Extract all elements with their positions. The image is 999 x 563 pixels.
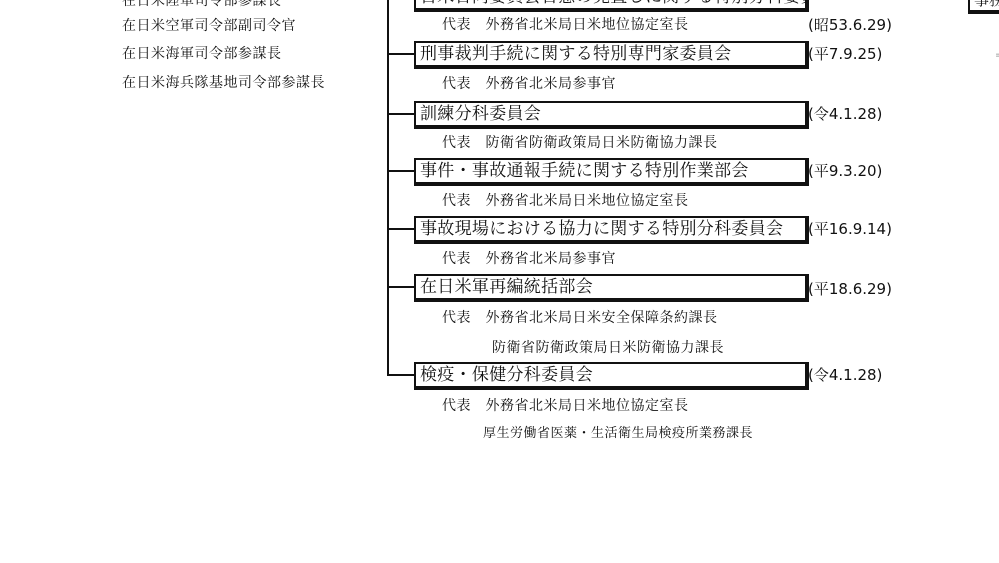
committee-rep: 厚生労働省医薬・生活衛生局検疫所業務課長 bbox=[483, 425, 753, 443]
committee-rep: 代表 防衛省防衛政策局日米防衛協力課長 bbox=[442, 134, 718, 152]
committee-box-realignment: 在日米軍再編統括部会 bbox=[414, 274, 809, 302]
committee-rep: 代表 外務省北米局日米地位協定室長 bbox=[442, 16, 689, 34]
committee-name: 在日米軍再編統括部会 bbox=[420, 277, 593, 297]
branch-line bbox=[387, 374, 417, 376]
committee-name: 検疫・保健分科委員会 bbox=[420, 365, 593, 385]
committee-date: (平18.6.29) bbox=[808, 279, 892, 299]
committee-rep: 代表 外務省北米局参事官 bbox=[442, 250, 616, 268]
committee-name: 訓練分科委員会 bbox=[420, 104, 541, 124]
committee-rep: 代表 外務省北米局日米安全保障条約課長 bbox=[442, 309, 718, 327]
committee-rep: 防衛省防衛政策局日米防衛協力課長 bbox=[492, 339, 724, 357]
committee-date: (平9.3.20) bbox=[808, 161, 882, 181]
branch-line bbox=[387, 170, 417, 172]
committee-date: (令4.1.28) bbox=[808, 365, 882, 385]
partial-mark-right-edge: = bbox=[995, 50, 999, 58]
branch-line bbox=[387, 228, 417, 230]
left-item-marines: 在日米海兵隊基地司令部参謀長 bbox=[122, 74, 325, 92]
committee-name: 日米合同委員会合意の見直しに関する特別分科委員会 bbox=[420, 0, 809, 7]
committee-name: 事故現場における協力に関する特別分科委員会 bbox=[420, 219, 783, 239]
committee-date: (昭53.6.29) bbox=[808, 15, 892, 35]
left-item-air-force: 在日米空軍司令部副司令官 bbox=[122, 17, 296, 35]
committee-rep: 代表 外務省北米局参事官 bbox=[442, 75, 616, 93]
committee-rep: 代表 外務省北米局日米地位協定室長 bbox=[442, 397, 689, 415]
committee-date: (平7.9.25) bbox=[808, 44, 882, 64]
branch-line bbox=[387, 113, 417, 115]
committee-name: 事件・事故通報手続に関する特別作業部会 bbox=[420, 161, 749, 181]
partial-box-text: 事務 bbox=[974, 0, 999, 9]
branch-line bbox=[387, 286, 417, 288]
committee-name: 刑事裁判手続に関する特別専門家委員会 bbox=[420, 44, 731, 64]
left-item-navy: 在日米海軍司令部参謀長 bbox=[122, 45, 282, 63]
committee-date: (平16.9.14) bbox=[808, 219, 892, 239]
committee-box-agreement-review: 日米合同委員会合意の見直しに関する特別分科委員会 bbox=[414, 0, 809, 12]
committee-box-training: 訓練分科委員会 bbox=[414, 101, 809, 129]
branch-line bbox=[387, 53, 417, 55]
partial-box-right-edge: 事務 bbox=[968, 0, 999, 14]
committee-box-criminal-trial: 刑事裁判手続に関する特別専門家委員会 bbox=[414, 41, 809, 69]
committee-rep: 代表 外務省北米局日米地位協定室長 bbox=[442, 192, 689, 210]
left-item-army: 在日米陸軍司令部参謀長 bbox=[122, 0, 282, 10]
committee-box-accident-site: 事故現場における協力に関する特別分科委員会 bbox=[414, 216, 809, 244]
committee-box-quarantine-health: 検疫・保健分科委員会 bbox=[414, 362, 809, 390]
committee-box-incident-notification: 事件・事故通報手続に関する特別作業部会 bbox=[414, 158, 809, 186]
tree-trunk-line bbox=[387, 0, 389, 375]
committee-date: (令4.1.28) bbox=[808, 104, 882, 124]
